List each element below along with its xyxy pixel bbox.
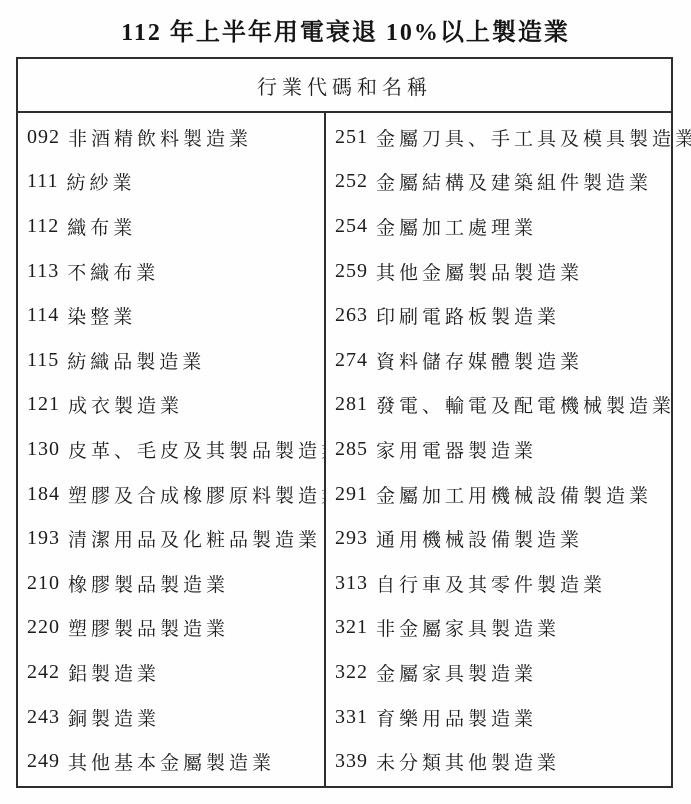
industry-code: 121 [27, 393, 60, 416]
industry-name: 其他基本金屬製造業 [68, 748, 275, 775]
industry-code: 254 [335, 215, 368, 238]
industry-code: 092 [27, 126, 60, 149]
industry-code: 285 [335, 438, 368, 461]
industry-name: 皮革、毛皮及其製品製造業 [68, 436, 324, 463]
industry-row: 121成衣製造業 [18, 383, 324, 428]
industry-name: 其他金屬製品製造業 [376, 258, 583, 285]
industry-row: 313自行車及其零件製造業 [326, 561, 691, 606]
industry-name: 金屬刀具、手工具及模具製造業 [376, 124, 691, 151]
industry-row: 252金屬結構及建築組件製造業 [326, 160, 691, 205]
industry-code: 252 [335, 170, 368, 193]
industry-code: 313 [335, 572, 368, 595]
industry-row: 210橡膠製品製造業 [18, 561, 324, 606]
industry-code: 291 [335, 483, 368, 506]
industry-row: 251金屬刀具、手工具及模具製造業 [326, 115, 691, 160]
table-body: 092非酒精飲料製造業111紡紗業112織布業113不織布業114染整業115紡… [18, 113, 671, 786]
industry-name: 家用電器製造業 [376, 436, 537, 463]
industry-name: 鋁製造業 [68, 659, 160, 686]
industry-name: 清潔用品及化粧品製造業 [68, 525, 321, 552]
industry-code: 184 [27, 483, 60, 506]
industry-table: 行業代碼和名稱 092非酒精飲料製造業111紡紗業112織布業113不織布業11… [16, 57, 673, 788]
industry-row: 291金屬加工用機械設備製造業 [326, 472, 691, 517]
industry-name: 印刷電路板製造業 [376, 302, 560, 329]
industry-name: 成衣製造業 [68, 391, 183, 418]
industry-code: 263 [335, 304, 368, 327]
industry-code: 281 [335, 393, 368, 416]
industry-name: 金屬家具製造業 [376, 659, 537, 686]
industry-row: 293通用機械設備製造業 [326, 516, 691, 561]
industry-code: 251 [335, 126, 368, 149]
industry-name: 紡織品製造業 [67, 347, 205, 374]
industry-row: 259其他金屬製品製造業 [326, 249, 691, 294]
table-header-row: 行業代碼和名稱 [18, 59, 671, 113]
industry-name: 非金屬家具製造業 [376, 614, 560, 641]
industry-name: 通用機械設備製造業 [376, 525, 583, 552]
industry-code: 322 [335, 661, 368, 684]
table-header-label: 行業代碼和名稱 [257, 71, 432, 100]
industry-row: 331育樂用品製造業 [326, 695, 691, 740]
industry-code: 113 [27, 260, 59, 283]
industry-row: 242鋁製造業 [18, 650, 324, 695]
industry-row: 322金屬家具製造業 [326, 650, 691, 695]
industry-name: 發電、輸電及配電機械製造業 [376, 391, 675, 418]
industry-name: 塑膠及合成橡膠原料製造業 [68, 481, 324, 508]
table-column-left: 092非酒精飲料製造業111紡紗業112織布業113不織布業114染整業115紡… [18, 113, 324, 786]
industry-code: 249 [27, 750, 60, 773]
industry-code: 193 [27, 527, 60, 550]
industry-row: 285家用電器製造業 [326, 427, 691, 472]
industry-code: 274 [335, 349, 368, 372]
industry-name: 未分類其他製造業 [376, 748, 560, 775]
industry-name: 金屬加工用機械設備製造業 [376, 481, 652, 508]
industry-row: 281發電、輸電及配電機械製造業 [326, 383, 691, 428]
industry-code: 242 [27, 661, 60, 684]
page-title: 112 年上半年用電衰退 10%以上製造業 [0, 0, 691, 47]
industry-code: 293 [335, 527, 368, 550]
industry-row: 249其他基本金屬製造業 [18, 739, 324, 784]
industry-row: 339未分類其他製造業 [326, 739, 691, 784]
industry-code: 331 [335, 706, 368, 729]
industry-name: 金屬結構及建築組件製造業 [376, 168, 652, 195]
industry-row: 263印刷電路板製造業 [326, 293, 691, 338]
industry-row: 114染整業 [18, 293, 324, 338]
industry-row: 112織布業 [18, 204, 324, 249]
industry-code: 130 [27, 438, 60, 461]
industry-code: 321 [335, 616, 368, 639]
industry-name: 育樂用品製造業 [376, 704, 537, 731]
industry-row: 113不織布業 [18, 249, 324, 294]
industry-code: 114 [27, 304, 59, 327]
table-column-right: 251金屬刀具、手工具及模具製造業252金屬結構及建築組件製造業254金屬加工處… [324, 113, 691, 786]
industry-name: 染整業 [67, 302, 136, 329]
industry-name: 資料儲存媒體製造業 [376, 347, 583, 374]
industry-name: 紡紗業 [67, 168, 136, 195]
industry-row: 321非金屬家具製造業 [326, 606, 691, 651]
industry-code: 259 [335, 260, 368, 283]
industry-name: 非酒精飲料製造業 [68, 124, 252, 151]
industry-name: 塑膠製品製造業 [68, 614, 229, 641]
industry-name: 橡膠製品製造業 [68, 570, 229, 597]
industry-row: 130皮革、毛皮及其製品製造業 [18, 427, 324, 472]
industry-name: 金屬加工處理業 [376, 213, 537, 240]
industry-row: 254金屬加工處理業 [326, 204, 691, 249]
industry-name: 不織布業 [67, 258, 159, 285]
industry-row: 243銅製造業 [18, 695, 324, 740]
industry-code: 115 [27, 349, 59, 372]
industry-row: 274資料儲存媒體製造業 [326, 338, 691, 383]
industry-row: 111紡紗業 [18, 160, 324, 205]
industry-code: 220 [27, 616, 60, 639]
industry-code: 111 [27, 170, 59, 193]
industry-name: 銅製造業 [68, 704, 160, 731]
industry-code: 243 [27, 706, 60, 729]
industry-code: 339 [335, 750, 368, 773]
industry-row: 220塑膠製品製造業 [18, 606, 324, 651]
industry-name: 自行車及其零件製造業 [376, 570, 606, 597]
industry-row: 193清潔用品及化粧品製造業 [18, 516, 324, 561]
industry-row: 115紡織品製造業 [18, 338, 324, 383]
industry-code: 112 [27, 215, 59, 238]
industry-name: 織布業 [67, 213, 136, 240]
industry-code: 210 [27, 572, 60, 595]
scanned-page: 112 年上半年用電衰退 10%以上製造業 行業代碼和名稱 092非酒精飲料製造… [0, 0, 691, 804]
industry-row: 184塑膠及合成橡膠原料製造業 [18, 472, 324, 517]
industry-row: 092非酒精飲料製造業 [18, 115, 324, 160]
